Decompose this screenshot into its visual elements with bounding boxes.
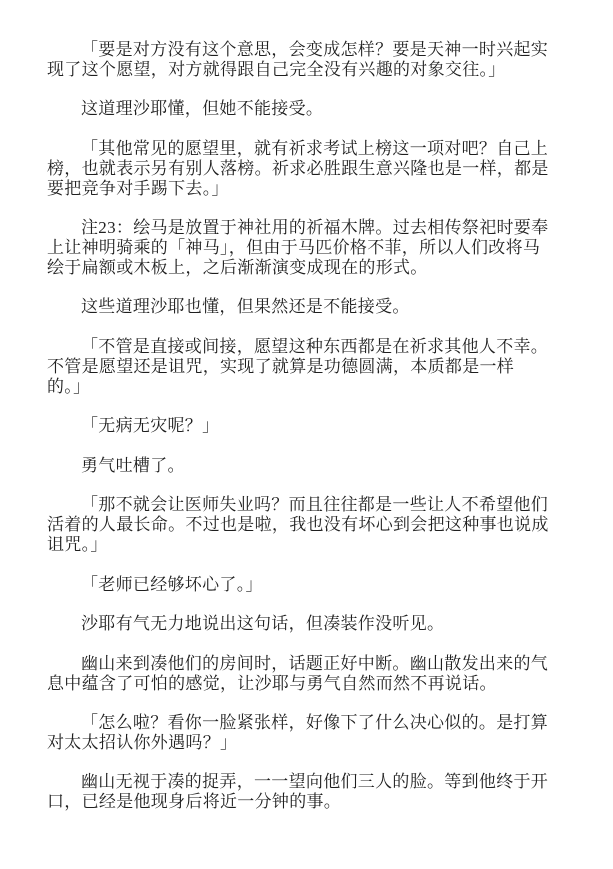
text-line: 幽山来到凑他们的房间时，话题正好中断。幽山散发出来的气 (47, 654, 568, 674)
text-line: 注23：绘马是放置于神社用的祈福木牌。过去相传祭祀时要奉 (47, 218, 568, 238)
text-line: 幽山无视于凑的捉弄，一一望向他们三人的脸。等到他终于开 (47, 772, 568, 792)
text-line: 口，已经是他现身后将近一分钟的事。 (47, 792, 568, 812)
text-line: 对太太招认你外遇吗？」 (47, 733, 568, 753)
text-line: 「其他常见的愿望里，就有祈求考试上榜这一项对吧？自己上 (47, 139, 568, 159)
text-line: 上让神明骑乘的「神马」，但由于马匹价格不菲，所以人们改将马 (47, 238, 568, 258)
paragraph: 这道理沙耶懂，但她不能接受。 (47, 99, 568, 119)
text-line: 不管是愿望还是诅咒，实现了就算是功德圆满，本质都是一样 (47, 357, 568, 377)
paragraph: 勇气吐槽了。 (47, 456, 568, 476)
text-line: 「怎么啦？看你一脸紧张样，好像下了什么决心似的。是打算 (47, 713, 568, 733)
text-line: 勇气吐槽了。 (47, 456, 568, 476)
paragraph: 「不管是直接或间接，愿望这种东西都是在祈求其他人不幸。 不管是愿望还是诅咒，实现… (47, 337, 568, 396)
text-line: 现了这个愿望，对方就得跟自己完全没有兴趣的对象交往。」 (47, 60, 568, 80)
paragraph: 「那不就会让医师失业吗？而且往往都是一些让人不希望他们 活着的人最长命。不过也是… (47, 495, 568, 554)
paragraph: 「怎么啦？看你一脸紧张样，好像下了什么决心似的。是打算 对太太招认你外遇吗？」 (47, 713, 568, 753)
text-line: 活着的人最长命。不过也是啦，我也没有坏心到会把这种事也说成 (47, 515, 568, 535)
text-line: 这些道理沙耶也懂，但果然还是不能接受。 (47, 297, 568, 317)
text-line: 的。」 (47, 377, 568, 397)
paragraph: 幽山来到凑他们的房间时，话题正好中断。幽山散发出来的气 息中蕴含了可怕的感觉，让… (47, 654, 568, 694)
paragraph-footnote: 注23：绘马是放置于神社用的祈福木牌。过去相传祭祀时要奉 上让神明骑乘的「神马」… (47, 218, 568, 277)
text-line: 「老师已经够坏心了。」 (47, 575, 568, 595)
text-line: 「那不就会让医师失业吗？而且往往都是一些让人不希望他们 (47, 495, 568, 515)
text-line: 要把竞争对手踢下去。」 (47, 179, 568, 199)
book-page: 「要是对方没有这个意思，会变成怎样？要是天神一时兴起实 现了这个愿望，对方就得跟… (0, 0, 613, 869)
text-line: 绘于扁额或木板上，之后渐渐演变成现在的形式。 (47, 258, 568, 278)
text-line: 榜，也就表示另有别人落榜。祈求必胜跟生意兴隆也是一样，都是 (47, 159, 568, 179)
text-line: 沙耶有气无力地说出这句话，但凑装作没听见。 (47, 614, 568, 634)
text-line: 「无病无灾呢？」 (47, 416, 568, 436)
paragraph: 「其他常见的愿望里，就有祈求考试上榜这一项对吧？自己上 榜，也就表示另有别人落榜… (47, 139, 568, 198)
paragraph: 「要是对方没有这个意思，会变成怎样？要是天神一时兴起实 现了这个愿望，对方就得跟… (47, 40, 568, 80)
text-line: 诅咒。」 (47, 535, 568, 555)
paragraph: 沙耶有气无力地说出这句话，但凑装作没听见。 (47, 614, 568, 634)
paragraph: 这些道理沙耶也懂，但果然还是不能接受。 (47, 297, 568, 317)
text-line: 息中蕴含了可怕的感觉，让沙耶与勇气自然而然不再说话。 (47, 674, 568, 694)
text-line: 「不管是直接或间接，愿望这种东西都是在祈求其他人不幸。 (47, 337, 568, 357)
text-line: 这道理沙耶懂，但她不能接受。 (47, 99, 568, 119)
paragraph: 「老师已经够坏心了。」 (47, 575, 568, 595)
paragraph: 「无病无灾呢？」 (47, 416, 568, 436)
paragraph: 幽山无视于凑的捉弄，一一望向他们三人的脸。等到他终于开 口，已经是他现身后将近一… (47, 772, 568, 812)
text-line: 「要是对方没有这个意思，会变成怎样？要是天神一时兴起实 (47, 40, 568, 60)
